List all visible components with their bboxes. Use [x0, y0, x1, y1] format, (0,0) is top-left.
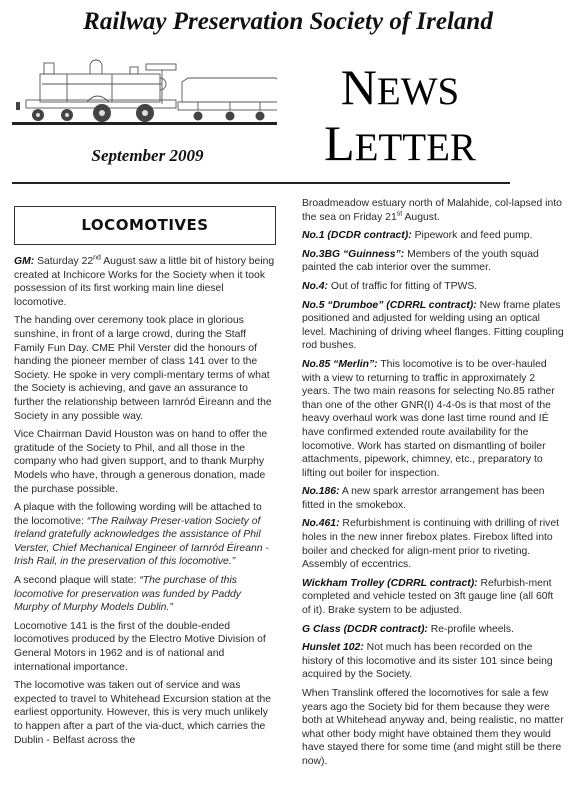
section-heading: LOCOMOTIVES: [14, 206, 276, 245]
item-no1: No.1 (DCDR contract): Pipework and feed …: [302, 229, 564, 243]
society-name: Railway Preservation Society of Ireland: [0, 8, 576, 36]
paragraph-translink: When Translink offered the locomotives f…: [302, 687, 564, 769]
text: Out of traffic for fitting of TPWS.: [328, 281, 477, 292]
text: August.: [402, 212, 440, 223]
item-label: No.461:: [302, 518, 340, 529]
item-label: Wickham Trolley (CDRRL contract):: [302, 578, 478, 589]
paragraph-continuation: Broadmeadow estuary north of Malahide, c…: [302, 197, 564, 224]
paragraph-plaque-2: A second plaque will state: “The purchas…: [14, 574, 276, 615]
item-label: No.1 (DCDR contract):: [302, 230, 412, 241]
paragraph-plaque-1: A plaque with the following wording will…: [14, 501, 276, 569]
text: This locomotive is to be over-hauled wit…: [302, 359, 555, 479]
superscript: nd: [93, 255, 101, 262]
title-initial-n: N: [341, 59, 377, 115]
item-no85: No.85 “Merlin”: This locomotive is to be…: [302, 358, 564, 480]
item-wickham-trolley: Wickham Trolley (CDRRL contract): Refurb…: [302, 577, 564, 618]
item-label: No.3BG “Guinness”:: [302, 249, 404, 260]
text: Re-profile wheels.: [428, 624, 514, 635]
item-no4: No.4: Out of traffic for fitting of TPWS…: [302, 280, 564, 294]
item-no461: No.461: Refurbishment is continuing with…: [302, 517, 564, 571]
issue-date: September 2009: [20, 146, 275, 166]
item-label: GM:: [14, 256, 34, 267]
text: Refurbishment is continuing with drillin…: [302, 518, 559, 570]
paragraph-ceremony: The handing over ceremony took place in …: [14, 314, 276, 423]
item-label: G Class (DCDR contract):: [302, 624, 428, 635]
text: A second plaque will state:: [14, 575, 139, 586]
item-g-class: G Class (DCDR contract): Re-profile whee…: [302, 623, 564, 637]
title-line-letter: LETTER: [310, 118, 490, 168]
item-label: No.5 “Drumboe” (CDRRL contract):: [302, 300, 477, 311]
right-column: Broadmeadow estuary north of Malahide, c…: [302, 197, 564, 774]
paragraph-vice-chairman: Vice Chairman David Houston was on hand …: [14, 428, 276, 496]
paragraph-out-of-service: The locomotive was taken out of service …: [14, 679, 276, 747]
item-label: No.4:: [302, 281, 328, 292]
locomotive-illustration-icon: [12, 58, 277, 132]
title-initial-l: L: [324, 115, 355, 171]
item-no186: No.186: A new spark arrestor arrangement…: [302, 485, 564, 512]
title-line-news: NEWS: [310, 62, 490, 112]
title-rest-ews: EWS: [377, 70, 459, 113]
item-no3bg: No.3BG “Guinness”: Members of the youth …: [302, 248, 564, 275]
left-column: LOCOMOTIVES GM: Saturday 22nd August saw…: [14, 206, 276, 752]
item-no5: No.5 “Drumboe” (CDRRL contract): New fra…: [302, 299, 564, 353]
text: Saturday 22: [34, 256, 93, 267]
masthead-divider: [12, 182, 510, 184]
paragraph-gm: GM: Saturday 22nd August saw a little bi…: [14, 255, 276, 309]
item-hunslet-102: Hunslet 102: Not much has been recorded …: [302, 641, 564, 682]
item-label: Hunslet 102:: [302, 642, 364, 653]
title-rest-etter: ETTER: [355, 126, 476, 169]
item-label: No.186:: [302, 486, 340, 497]
paragraph-loco-141: Locomotive 141 is the first of the doubl…: [14, 620, 276, 674]
text: Pipework and feed pump.: [412, 230, 533, 241]
item-label: No.85 “Merlin”:: [302, 359, 378, 370]
